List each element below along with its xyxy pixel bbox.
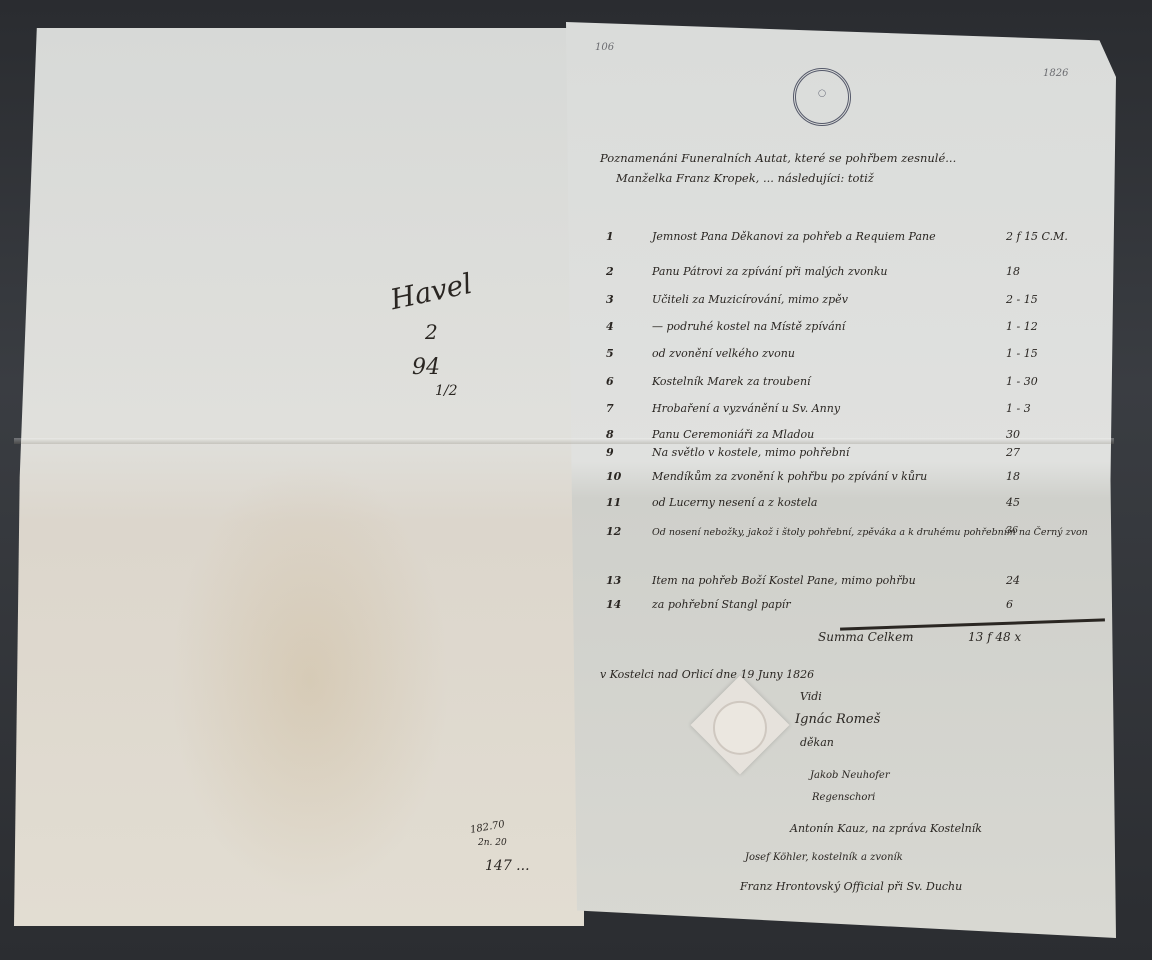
signature-2-title: Regenschori (812, 792, 875, 803)
place-date: v Kostelci nad Orlicí dne 19 Juny 1826 (600, 668, 814, 681)
archive-stamp-icon: ◯ (793, 68, 851, 126)
total-amount: 13 f 48 x (968, 630, 1021, 644)
item-row: 7Hrobaření a vyzvánění u Sv. Anny1 - 3 (606, 402, 840, 415)
signature-1: Ignác Romeš (795, 712, 880, 727)
item-row: 9Na světlo v kostele, mimo pohřební27 (606, 446, 849, 459)
left-note-fraction-top: 2 (425, 320, 438, 344)
calc-mid: 2n. 20 (478, 838, 507, 848)
archive-number-left: 106 (595, 42, 614, 53)
item-row: 11od Lucerny nesení a z kostela45 (606, 496, 817, 509)
item-row: 4— podruhé kostel na Místě zpívání1 - 12 (606, 320, 845, 333)
item-row: 5od zvonění velkého zvonu1 - 15 (606, 347, 795, 360)
signature-1-title: děkan (800, 736, 834, 749)
title-line-2: Manželka Franz Kropek, ... následujíci: … (600, 168, 956, 188)
water-stain (170, 460, 450, 900)
left-note-fraction-bottom: 94 (412, 355, 440, 380)
item-row: 3Učiteli za Muzicírování, mimo zpěv2 - 1… (606, 293, 848, 306)
total-label: Summa Celkem (818, 630, 914, 644)
item-row: 8Panu Ceremoniáři za Mladou30 (606, 428, 814, 441)
archive-number-right: 1826 (1043, 68, 1068, 79)
item-row: 14za pohřební Stangl papír6 (606, 598, 791, 611)
document-title: Poznamenáni Funeralních Autat, které se … (600, 148, 956, 188)
signature-4: Josef Köhler, kostelník a zvoník (745, 852, 903, 863)
fold-crease (14, 438, 1114, 444)
item-row: 1Jemnost Pana Děkanovi za pohřeb a Requi… (606, 230, 936, 243)
signature-vidi: Vidi (800, 690, 822, 703)
calc-bottom: 147 ... (485, 858, 530, 874)
item-row: 2Panu Pátrovi za zpívání při malých zvon… (606, 265, 887, 278)
signature-3: Antonín Kauz, na zpráva Kostelník (790, 822, 982, 835)
item-row: 12Od nosení nebožky, jakož i štoly pohře… (606, 525, 1088, 538)
item-row: 10Mendíkům za zvonění k pohřbu po zpíván… (606, 470, 927, 483)
signature-5: Franz Hrontovský Official při Sv. Duchu (740, 880, 962, 893)
item-row: 13Item na pohřeb Boží Kostel Pane, mimo … (606, 574, 916, 587)
left-note-fraction-extra: 1/2 (435, 383, 458, 399)
item-row: 6Kostelník Marek za troubení1 - 30 (606, 375, 811, 388)
signature-2: Jakob Neuhofer (810, 770, 890, 781)
title-line-1: Poznamenáni Funeralních Autat, které se … (600, 148, 956, 168)
